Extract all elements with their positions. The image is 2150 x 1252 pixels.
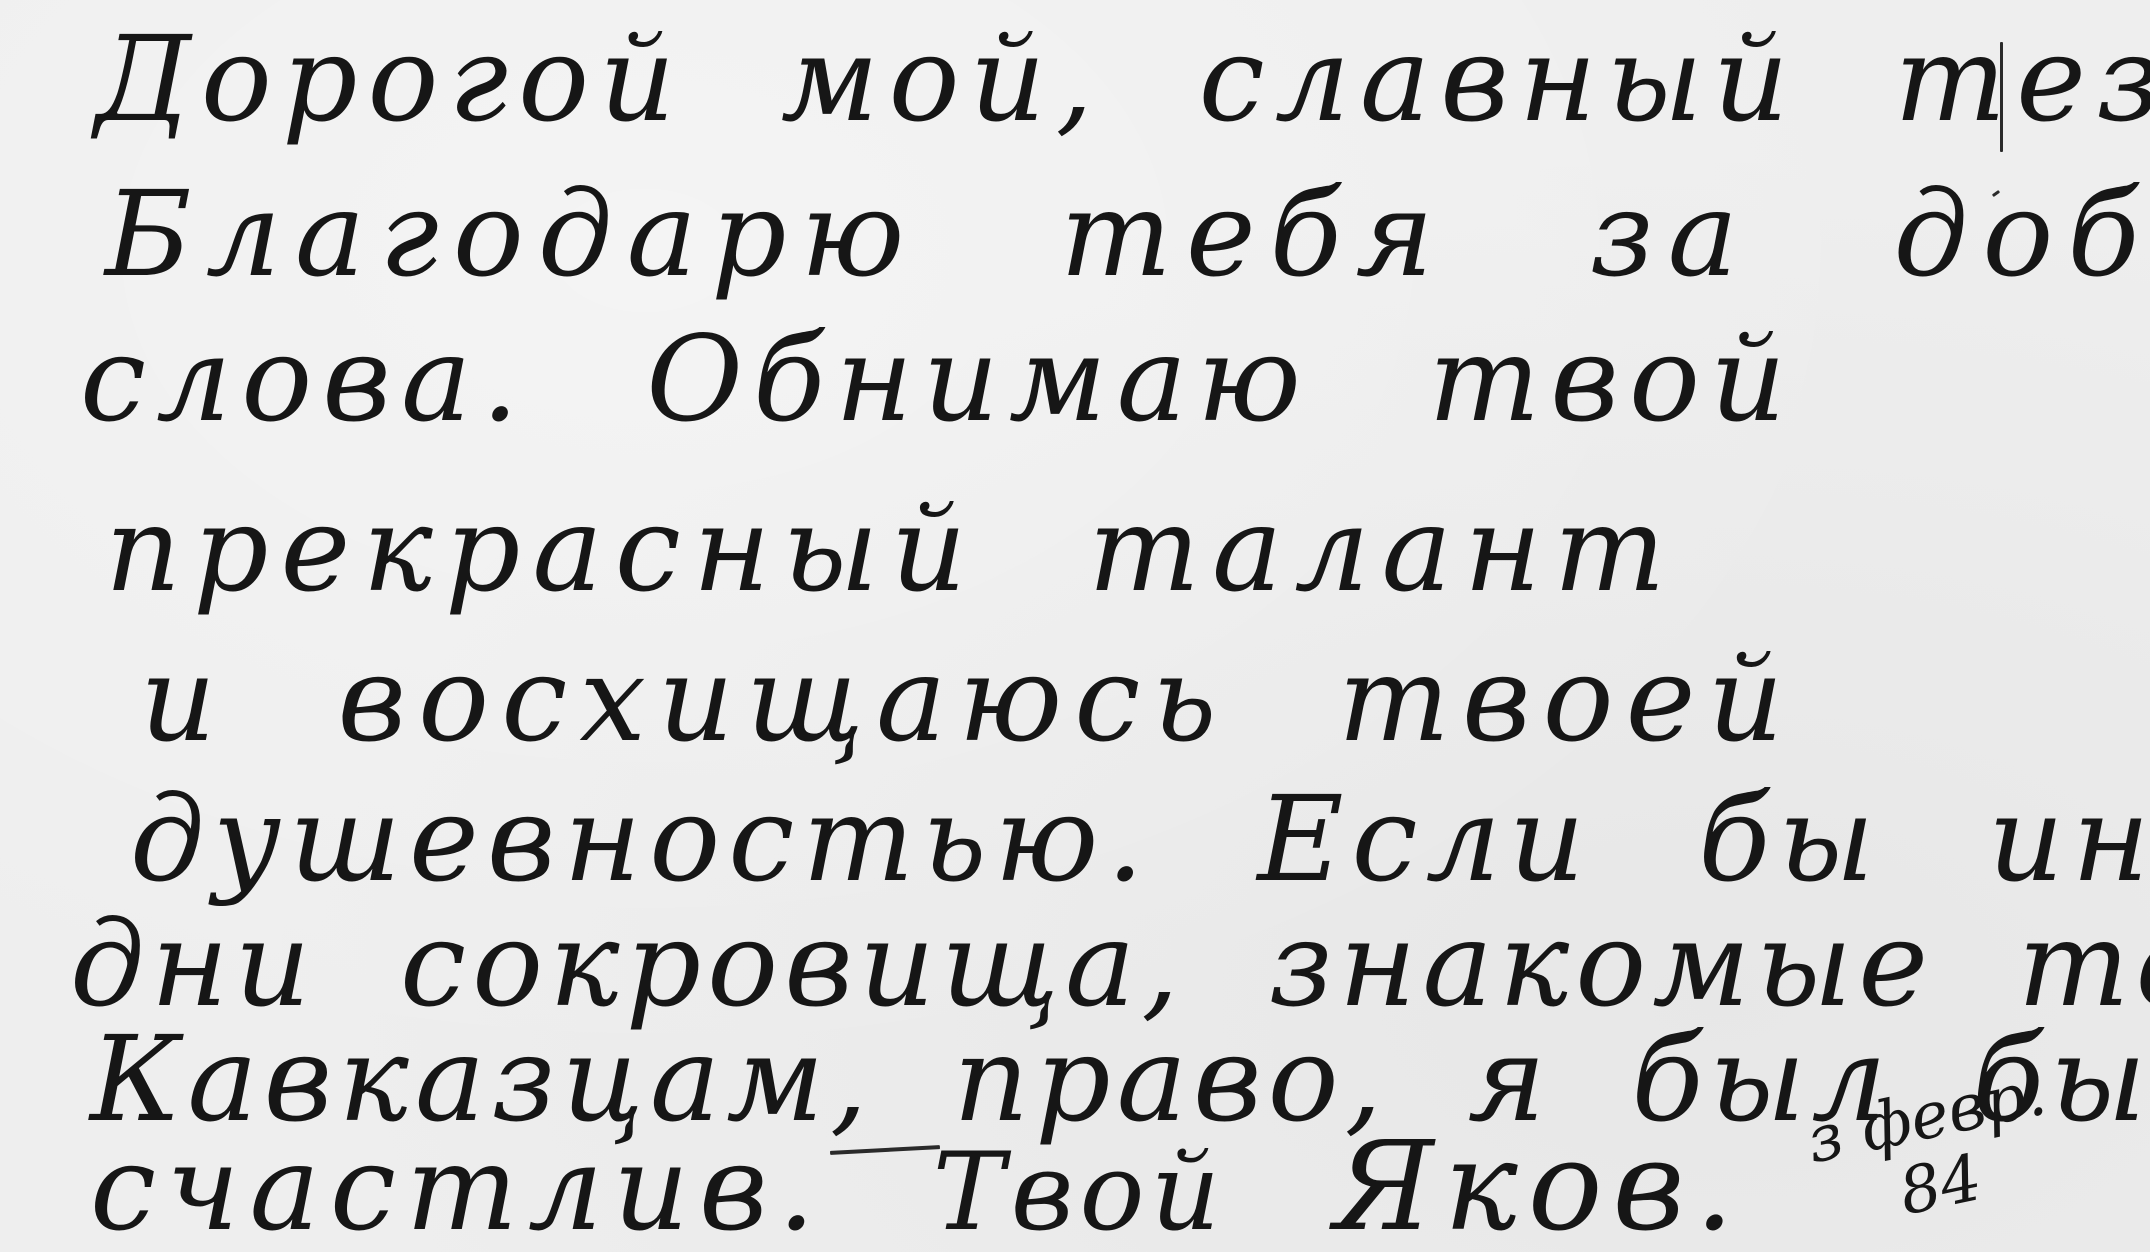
- letter-line-9: счастлив.: [90, 1129, 825, 1247]
- signature-closing: Твой: [933, 1139, 1226, 1247]
- letter-line-7: дни сокровища, знакомые тебе: [70, 905, 2150, 1023]
- letter-line-greeting: Дорогой мой, славный тезка!: [95, 20, 2150, 138]
- letter-line-closing-row: счастлив. Твой Яков.: [90, 1125, 1804, 1249]
- exclamation-mark-stroke: [2000, 42, 2003, 152]
- signature-name: Яков.: [1334, 1125, 1744, 1249]
- letter-line-3: слова. Обнимаю твой: [80, 320, 1796, 438]
- letter-line-4: прекрасный талант: [105, 490, 1678, 608]
- letter-line-5: и восхищаюсь твоей: [140, 640, 1796, 758]
- letter-line-2: Благодарю тебя за добрые: [105, 175, 2150, 293]
- letter-line-6: душевностью. Если бы иные: [130, 780, 2150, 898]
- letter-page: Дорогой мой, славный тезка! Благодарю те…: [0, 0, 2150, 1252]
